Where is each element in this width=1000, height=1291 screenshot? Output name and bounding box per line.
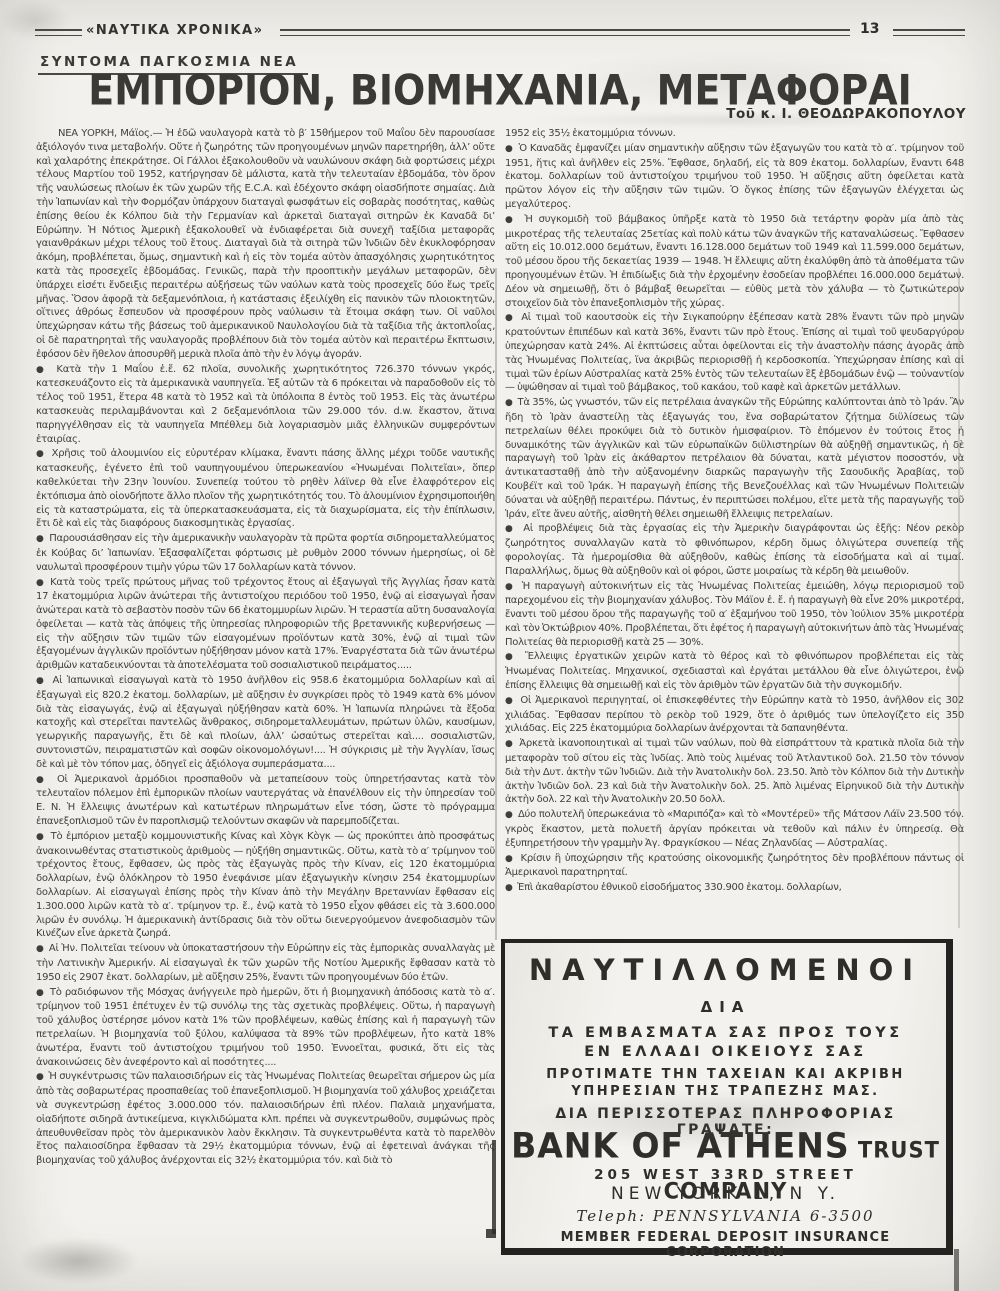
news-paragraph: ● Αἱ Ἡν. Πολιτεῖαι τείνουν νὰ ὑποκαταστή… [36,942,495,984]
bullet-icon: ● [36,578,50,588]
article-column-right: 1952 εἰς 35½ ἑκατομμύρια τόννων.● Ὁ Κανα… [505,127,964,937]
news-paragraph: ● Αἱ Ἰαπωνικαὶ εἰσαγωγαὶ κατὰ τὸ 1950 ἀν… [36,674,495,772]
ad-address-street: 205 WEST 33RD STREET [505,1167,946,1183]
page-number: 13 [860,21,879,37]
ad-line: ΠΡΟΤΙΜΑΤΕ ΤΗΝ ΤΑΧΕΙΑΝ ΚΑΙ ΑΚΡΙΒΗ [505,1067,946,1082]
news-paragraph: ● Οἱ Ἀμερικανοὶ ἁρμόδιοι προσπαθοῦν νὰ μ… [36,773,495,829]
news-paragraph: ● Δύο πολυτελῆ ὑπερωκεάνια τὸ «Μαριπόζα»… [505,808,964,850]
bullet-icon: ● [505,398,518,408]
bullet-icon: ● [505,652,525,662]
magazine-page: «ΝΑΥΤΙΚΑ ΧΡΟΝΙΚΑ» 13 ΣΥΝΤΟΜΑ ΠΑΓΚΟΣΜΙΑ Ν… [0,0,1000,1291]
column-divider-line [495,268,497,940]
news-paragraph: ● Αἱ τιμαὶ τοῦ καουτσοὺκ εἰς τὴν Σιγκαπο… [505,311,964,395]
bullet-icon: ● [505,883,517,893]
ad-line: ΕΝ ΕΛΛΑΔΙ ΟΙΚΕΙΟΥΣ ΣΑΣ [505,1044,946,1060]
bullet-icon: ● [36,944,49,954]
header-rule-middle [280,29,850,36]
bank-advertisement: ΝΑΥΤΙΛΛΟΜΕΝΟΙ ΔΙΑ ΤΑ ΕΜΒΑΣΜΑΤΑ ΣΑΣ ΠΡΟΣ … [501,939,953,1255]
bullet-icon: ● [505,215,525,225]
bullet-icon: ● [36,365,56,375]
bullet-icon: ● [505,144,519,154]
bullet-icon: ● [36,676,53,686]
news-paragraph: ● Ἡ παραγωγὴ αὐτοκινήτων εἰς τὰς Ἡνωμένα… [505,580,964,650]
bullet-icon: ● [505,582,522,592]
news-paragraph: ● Τὰ 35%, ὡς γνωστόν, τῶν εἰς πετρέλαια … [505,396,964,521]
news-paragraph: ● Οἱ Ἀμερικανοὶ περιηγηταί, οἱ ἐπισκεφθέ… [505,694,964,736]
bullet-icon: ● [36,832,51,842]
bullet-icon: ● [36,988,50,998]
magazine-title: «ΝΑΥΤΙΚΑ ΧΡΟΝΙΚΑ» [86,23,263,38]
ad-phone: Teleph: PENNSYLVANIA 6-3500 [505,1207,946,1225]
news-paragraph: ● Τὸ ἐμπόριον μεταξὺ κομμουνιστικῆς Κίνα… [36,830,495,941]
bullet-icon: ● [505,313,521,323]
ad-line: ΥΠΗΡΕΣΙΑΝ ΤΗΣ ΤΡΑΠΕΖΗΣ ΜΑΣ. [505,1084,946,1099]
news-paragraph: ● Ἐπὶ ἀκαθαρίστου ἐθνικοῦ εἰσοδήματος 33… [505,881,964,896]
ad-line: ΤΑ ΕΜΒΑΣΜΑΤΑ ΣΑΣ ΠΡΟΣ ΤΟΥΣ [505,1025,946,1041]
ad-line-dia: ΔΙΑ [505,998,946,1016]
news-paragraph: ● Χρῆσις τοῦ ἀλουμινίου εἰς εὐρυτέραν κλ… [36,447,495,531]
bullet-icon: ● [36,775,57,785]
news-paragraph: ● Ἡ συγκέντρωσις τῶν παλαιοσιδήρων εἰς τ… [36,1070,495,1168]
news-paragraph: ● Κατὰ τοὺς τρεῖς πρώτους μῆνας τοῦ τρέχ… [36,576,495,674]
news-paragraph: ● Αἱ προβλέψεις διὰ τὰς ἐργασίας εἰς τὴν… [505,522,964,578]
byline: Τοῦ κ. Ι. ΘΕΟΔΩΡΑΚΟΠΟΥΛΟΥ [726,106,966,122]
bank-name-main: BANK OF ATHENS [511,1125,850,1166]
news-paragraph: 1952 εἰς 35½ ἑκατομμύρια τόννων. [505,127,964,141]
news-paragraph: ΝΕΑ ΥΟΡΚΗ, Μάϊος.— Ἡ ἐδῶ ναυλαγορὰ κατὰ … [36,127,495,362]
ad-headline: ΝΑΥΤΙΛΛΟΜΕΝΟΙ [505,953,946,987]
bullet-icon: ● [505,810,518,820]
bullet-icon: ● [36,1072,49,1082]
bullet-icon: ● [36,534,49,544]
bullet-icon: ● [505,696,520,706]
news-paragraph: ● Ὁ Καναδᾶς ἐμφανίζει μίαν σημαντικὴν αὔ… [505,142,964,212]
news-paragraph: ● Κρίσιν ἢ ὑποχώρησιν τῆς κρατούσης οἰκο… [505,852,964,881]
ad-member-line: MEMBER FEDERAL DEPOSIT INSURANCE CORPORA… [505,1230,946,1260]
news-paragraph: ● Ἡ συγκομιδὴ τοῦ βάμβακος ὑπῆρξε κατὰ τ… [505,213,964,311]
header-rule-right [893,29,965,36]
header-rule-left [35,29,82,36]
news-paragraph: ● Τὸ ραδιόφωνον τῆς Μόσχας ἀνήγγειλε πρὸ… [36,986,495,1070]
news-paragraph: ● Ἔλλειψις ἐργατικῶν χειρῶν κατὰ τὸ θέρο… [505,650,964,692]
news-paragraph: ● Κατὰ τὴν 1 Μαΐου ἐ.ἔ. 62 πλοῖα, συνολι… [36,363,495,447]
bullet-icon: ● [36,449,52,459]
article-column-left: ΝΕΑ ΥΟΡΚΗ, Μάϊος.— Ἡ ἐδῶ ναυλαγορὰ κατὰ … [36,127,495,1257]
bullet-icon: ● [505,854,521,864]
scan-artifact-bar [954,1249,959,1291]
bullet-icon: ● [505,739,519,749]
news-paragraph: ● Παρουσιάσθησαν εἰς τὴν ἀμερικανικὴν να… [36,532,495,574]
bullet-icon: ● [505,524,523,534]
ad-address-city: NEW YORK 1, N Y. [505,1184,946,1204]
news-paragraph: ● Ἀρκετὰ ἱκανοποιητικαὶ αἱ τιμαὶ τῶν ναύ… [505,737,964,807]
